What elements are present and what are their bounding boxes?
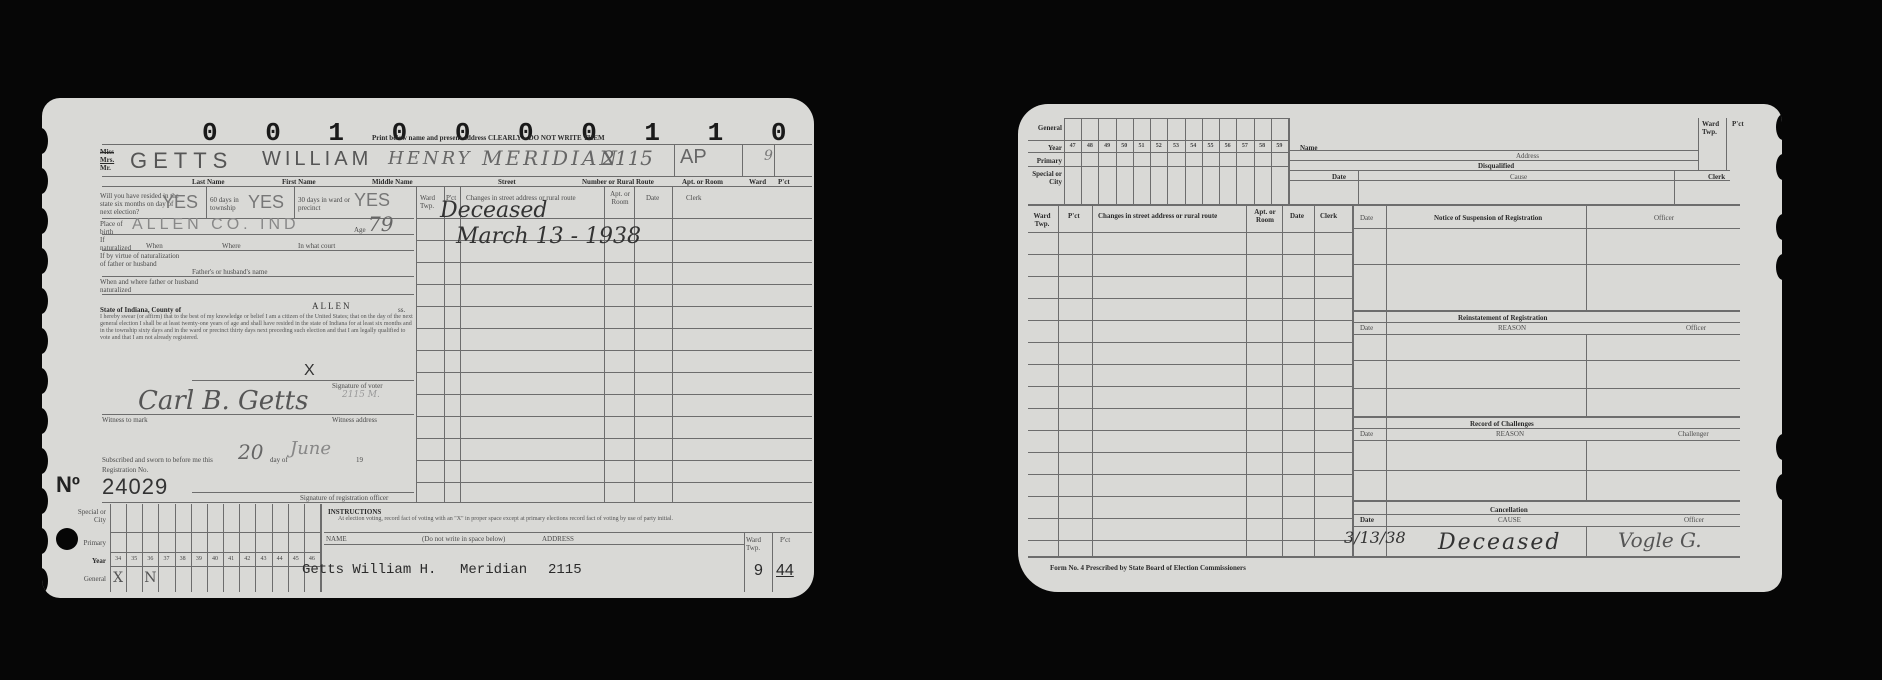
rule — [1028, 386, 1352, 387]
reinstatement-title: Reinstatement of Registration — [1458, 314, 1547, 322]
year-cell: 40 — [207, 556, 223, 562]
card-edge-notch — [1776, 474, 1782, 500]
first-name-value: WILLIAM — [262, 148, 372, 171]
street-value: MERIDIAN — [482, 146, 620, 170]
rule — [1354, 440, 1740, 441]
rule — [1290, 160, 1698, 161]
back-disqualified-label: Disqualified — [1478, 162, 1514, 170]
challenges-title: Record of Challenges — [1470, 420, 1534, 428]
rule — [207, 504, 208, 592]
rule — [1028, 342, 1352, 343]
back-grid-row-general: General — [1024, 124, 1062, 132]
rule — [1271, 118, 1272, 204]
sworn-month: June — [290, 438, 331, 459]
rule — [1246, 204, 1247, 556]
changes-entry-date: March 13 - 1938 — [456, 224, 641, 249]
reinstatement-header-date: Date — [1360, 324, 1373, 332]
back-grid-row-special: Special or City — [1024, 170, 1062, 186]
grid-row-special: Special or City — [72, 508, 106, 524]
header-instruction: Print below name and present address CLE… — [372, 134, 605, 142]
rule — [416, 394, 812, 395]
card-edge-notch — [42, 368, 48, 394]
father-name-label: Father's or husband's name — [192, 268, 267, 276]
year-cell: 39 — [191, 556, 207, 562]
voter-signature-label: Signature of voter — [332, 382, 383, 390]
footer-name-label: NAME — [326, 535, 347, 543]
age-label: Age — [354, 226, 366, 234]
changes-header-date: Date — [646, 194, 659, 202]
sworn-day: 20 — [238, 440, 263, 464]
rule — [102, 414, 414, 415]
rule — [294, 186, 295, 218]
rule — [1290, 150, 1698, 151]
rule — [416, 186, 417, 502]
rule — [416, 350, 812, 351]
card-edge-notch — [42, 528, 48, 554]
back-year-cell: 51 — [1133, 143, 1150, 149]
card-edge-notch — [42, 488, 48, 514]
father-when-where-label: When and where father or husband natural… — [100, 278, 200, 294]
rule — [192, 380, 414, 381]
ward-value: 9 — [764, 148, 773, 164]
rule — [1354, 360, 1740, 361]
rule — [223, 504, 224, 592]
reinstatement-header-reason: REASON — [1498, 324, 1526, 332]
rule — [1028, 496, 1352, 497]
suspension-header-date: Date — [1360, 214, 1373, 222]
rule — [1028, 556, 1740, 558]
rule — [416, 438, 812, 439]
witness-address-value: 2115 M. — [342, 390, 380, 400]
rule — [1028, 474, 1352, 475]
back-grid-row-year: Year — [1024, 144, 1062, 152]
footer-ward-label: Ward Twp. — [746, 536, 770, 552]
rule — [1028, 232, 1352, 233]
card-edge-notch — [1776, 254, 1782, 280]
rule — [1098, 118, 1099, 204]
birth-value: ALLEN CO. IND — [132, 216, 300, 234]
rule — [1167, 118, 1168, 204]
changes-header-clerk: Clerk — [686, 194, 702, 202]
reinstatement-header-officer: Officer — [1686, 324, 1706, 332]
rule — [206, 186, 207, 218]
back-year-cell: 53 — [1167, 143, 1184, 149]
general-vote-mark: X — [110, 570, 126, 586]
rule — [102, 234, 414, 235]
rule — [1354, 310, 1740, 312]
rule — [416, 284, 812, 285]
rule — [324, 532, 812, 533]
card-edge-notch — [42, 568, 48, 594]
footer-address-label: ADDRESS — [542, 535, 574, 543]
card-edge-notch — [42, 248, 48, 274]
footer-record-street: Meridian — [460, 562, 527, 578]
registration-card-back: General Year Primary Special or City 474… — [1018, 104, 1782, 592]
rule — [1354, 526, 1740, 527]
rule — [416, 372, 812, 373]
rule — [1064, 118, 1065, 204]
rule — [1586, 526, 1587, 556]
street-label: Street — [498, 178, 516, 186]
card-edge-notch — [42, 168, 48, 194]
suspension-header-notice: Notice of Suspension of Registration — [1434, 214, 1542, 222]
card-edge-notch — [1776, 154, 1782, 180]
ward-label: Ward — [749, 178, 766, 186]
rule — [1288, 118, 1289, 204]
rule — [1386, 204, 1387, 556]
changes-header-ward: Ward Twp. — [420, 194, 442, 210]
rule — [102, 502, 812, 503]
rule — [1674, 170, 1675, 204]
rule — [255, 504, 256, 592]
salutation-miss: Miss — [100, 148, 114, 156]
rule — [1354, 388, 1740, 389]
cancellation-header-date: Date — [1360, 516, 1374, 524]
rule — [1354, 500, 1740, 502]
rule — [102, 294, 414, 295]
back-changes-header-clerk: Clerk — [1320, 212, 1337, 220]
rule — [674, 144, 675, 176]
rule — [1028, 298, 1352, 299]
back-changes-header-pct: P'ct — [1068, 212, 1080, 220]
cancellation-header-cause: CAUSE — [1498, 516, 1521, 524]
rule — [1133, 118, 1134, 204]
rule — [1354, 514, 1740, 515]
footer-record-number: 2115 — [548, 562, 582, 578]
card-edge-notch — [1776, 434, 1782, 460]
footer-record-ward: 9 — [754, 562, 763, 580]
back-year-cell: 55 — [1202, 143, 1219, 149]
rule — [772, 532, 773, 592]
rule — [102, 276, 414, 277]
number-label: Number or Rural Route — [582, 178, 654, 186]
rule — [1028, 166, 1288, 167]
rule — [1290, 180, 1730, 181]
rule — [1028, 540, 1352, 541]
rule — [1290, 170, 1730, 171]
rule — [102, 176, 812, 177]
rule — [1586, 334, 1587, 416]
rule — [1028, 204, 1740, 206]
rule — [1354, 428, 1740, 429]
rule — [1219, 118, 1220, 204]
back-grid-row-primary: Primary — [1024, 157, 1062, 165]
rule — [324, 544, 744, 545]
rule — [416, 482, 812, 483]
rule — [1028, 276, 1352, 277]
apt-value: AP — [680, 146, 707, 169]
rule — [1314, 204, 1315, 556]
witness-signature: Carl B. Getts — [138, 386, 308, 416]
rule — [1028, 152, 1288, 153]
rule — [191, 504, 192, 592]
back-year-cell: 52 — [1150, 143, 1167, 149]
oath-ss: ss. — [398, 306, 405, 314]
rule — [1254, 118, 1255, 204]
rule — [416, 460, 812, 461]
rule — [1116, 118, 1117, 204]
oath-county: ALLEN — [312, 302, 352, 310]
rule — [1354, 264, 1740, 265]
rule — [102, 144, 812, 145]
year-cell: 42 — [239, 556, 255, 562]
father-naturalization-label: If by virtue of naturalization of father… — [100, 252, 180, 268]
card-edge-notch — [42, 288, 48, 314]
rule — [304, 504, 305, 592]
rule — [102, 186, 812, 187]
back-ward-label: Ward Twp. — [1702, 120, 1724, 136]
rule — [1352, 204, 1354, 556]
residence-township-answer: YES — [248, 192, 284, 213]
card-edge-notch — [42, 208, 48, 234]
year-cell: 37 — [158, 556, 174, 562]
rule — [1028, 430, 1352, 431]
cancellation-header-officer: Officer — [1684, 516, 1704, 524]
rule — [416, 306, 812, 307]
rule — [1028, 254, 1352, 255]
rule — [158, 504, 159, 592]
first-name-label: First Name — [282, 178, 316, 186]
voter-mark: X — [304, 362, 315, 380]
rule — [1028, 518, 1352, 519]
rule — [1028, 364, 1352, 365]
suspension-header-officer: Officer — [1654, 214, 1674, 222]
card-edge-notch — [42, 328, 48, 354]
rule — [1354, 334, 1740, 335]
registration-prefix: Nº — [56, 472, 80, 498]
sworn-label: Subscribed and sworn to before me this — [102, 456, 213, 464]
back-address-label: Address — [1516, 152, 1539, 160]
rule — [1354, 470, 1740, 471]
rule — [1092, 204, 1093, 556]
card-edge-notch — [1776, 214, 1782, 240]
back-year-cell: 49 — [1098, 143, 1115, 149]
card-edge-notch — [42, 448, 48, 474]
back-year-cell: 56 — [1219, 143, 1236, 149]
cancellation-officer: Vogle G. — [1618, 528, 1702, 552]
oath-heading: State of Indiana, County of — [100, 306, 181, 314]
rule — [774, 144, 775, 176]
rule — [272, 504, 273, 592]
general-vote-mark: N — [142, 570, 158, 586]
rule — [1354, 416, 1740, 418]
rule — [126, 504, 127, 592]
rule — [1202, 118, 1203, 204]
footer-pct-label: P'ct — [780, 536, 790, 544]
pct-label: P'ct — [778, 178, 790, 186]
year-cell: 38 — [175, 556, 191, 562]
apt-label: Apt. or Room — [682, 178, 723, 186]
sworn-year-label: 19 — [356, 456, 363, 464]
instructions-text: At election voting, record fact of votin… — [338, 516, 806, 523]
rule — [416, 416, 812, 417]
rule — [1586, 204, 1587, 310]
rule — [192, 492, 414, 493]
cancellation-cause: Deceased — [1438, 530, 1562, 555]
residence-ward-answer: YES — [354, 190, 390, 211]
card-edge-notch — [42, 128, 48, 154]
rule — [1236, 118, 1237, 204]
footer-hint: (Do not write in space below) — [422, 535, 505, 543]
rule — [416, 262, 812, 263]
rule — [1058, 204, 1059, 556]
middle-name-label: Middle Name — [372, 178, 413, 186]
back-pct-label: P'ct — [1732, 120, 1744, 128]
cancellation-title: Cancellation — [1490, 506, 1528, 514]
rule — [1028, 452, 1352, 453]
rule — [416, 328, 812, 329]
rule — [1358, 170, 1359, 204]
number-value: 2115 — [602, 146, 653, 170]
form-footer: Form No. 4 Prescribed by State Board of … — [1050, 564, 1246, 572]
year-cell: 43 — [255, 556, 271, 562]
back-year-cell: 58 — [1254, 143, 1271, 149]
age-value: 79 — [368, 212, 393, 236]
back-changes-header-apt: Apt. or Room — [1250, 208, 1280, 224]
rule — [1028, 140, 1288, 141]
rule — [1150, 118, 1151, 204]
rule — [1282, 204, 1283, 556]
footer-record-pct: 44 — [776, 562, 794, 580]
back-year-cell: 50 — [1116, 143, 1133, 149]
grid-row-primary: Primary — [52, 539, 106, 547]
rule — [1354, 228, 1740, 229]
salutation-mrs: Mrs. — [100, 156, 114, 164]
registration-number: 24029 — [102, 474, 168, 500]
sworn-day-label: day of — [270, 456, 288, 464]
year-cell: 36 — [142, 556, 158, 562]
challenges-header-date: Date — [1360, 430, 1373, 438]
cancellation-date: 3/13/38 — [1344, 528, 1406, 547]
rule — [1698, 118, 1699, 170]
challenges-header-challenger: Challenger — [1678, 430, 1709, 438]
rule — [672, 186, 673, 502]
rule — [239, 504, 240, 592]
year-cell: 34 — [110, 556, 126, 562]
rule — [1354, 322, 1740, 323]
card-edge-notch — [42, 408, 48, 434]
rule — [320, 504, 321, 592]
card-edge-notch — [1776, 114, 1782, 140]
back-year-cell: 57 — [1236, 143, 1253, 149]
oath-text: I hereby swear (or affirm) that to the b… — [100, 314, 414, 342]
witness-address-label: Witness address — [332, 416, 377, 424]
salutation-mr: Mr. — [100, 164, 111, 172]
rule — [742, 144, 743, 176]
middle-name-value: HENRY — [388, 148, 472, 169]
naturalized-where-label: Where — [222, 242, 241, 250]
year-cell: 41 — [223, 556, 239, 562]
grid-row-general: General — [52, 575, 106, 583]
back-changes-header-date: Date — [1290, 212, 1304, 220]
changes-header-apt: Apt. or Room — [608, 190, 632, 206]
rule — [1028, 408, 1352, 409]
back-changes-header-address: Changes in street address or rural route — [1098, 212, 1217, 220]
last-name-label: Last Name — [192, 178, 224, 186]
registration-card-front: 0 0 1 0 0 0 0 1 1 0 1 Print below name a… — [42, 98, 814, 598]
rule — [1185, 118, 1186, 204]
rule — [102, 250, 414, 251]
back-year-cell: 47 — [1064, 143, 1081, 149]
back-year-cell: 48 — [1081, 143, 1098, 149]
footer-record-name: Getts William H. — [302, 562, 436, 578]
rule — [1081, 118, 1082, 204]
back-changes-header-ward: Ward Twp. — [1030, 212, 1054, 228]
challenges-header-reason: REASON — [1496, 430, 1524, 438]
naturalized-when-label: When — [146, 242, 163, 250]
year-cell: 35 — [126, 556, 142, 562]
rule — [288, 504, 289, 592]
grid-row-year: Year — [52, 557, 106, 565]
residence-state-answer: YES — [162, 192, 198, 213]
last-name-value: GETTS — [130, 148, 233, 174]
rule — [444, 186, 445, 502]
rule — [744, 532, 745, 592]
changes-entry-deceased: Deceased — [440, 198, 548, 223]
rule — [175, 504, 176, 592]
rule — [1726, 118, 1727, 170]
instructions-heading: INSTRUCTIONS — [328, 508, 381, 516]
rule — [1028, 320, 1352, 321]
back-year-cell: 59 — [1271, 143, 1288, 149]
back-year-cell: 54 — [1185, 143, 1202, 149]
witness-label: Witness to mark — [102, 416, 148, 424]
year-cell: 44 — [272, 556, 288, 562]
registration-no-label: Registration No. — [102, 466, 148, 474]
naturalized-court-label: In what court — [298, 242, 335, 250]
officer-signature-label: Signature of registration officer — [300, 494, 388, 502]
